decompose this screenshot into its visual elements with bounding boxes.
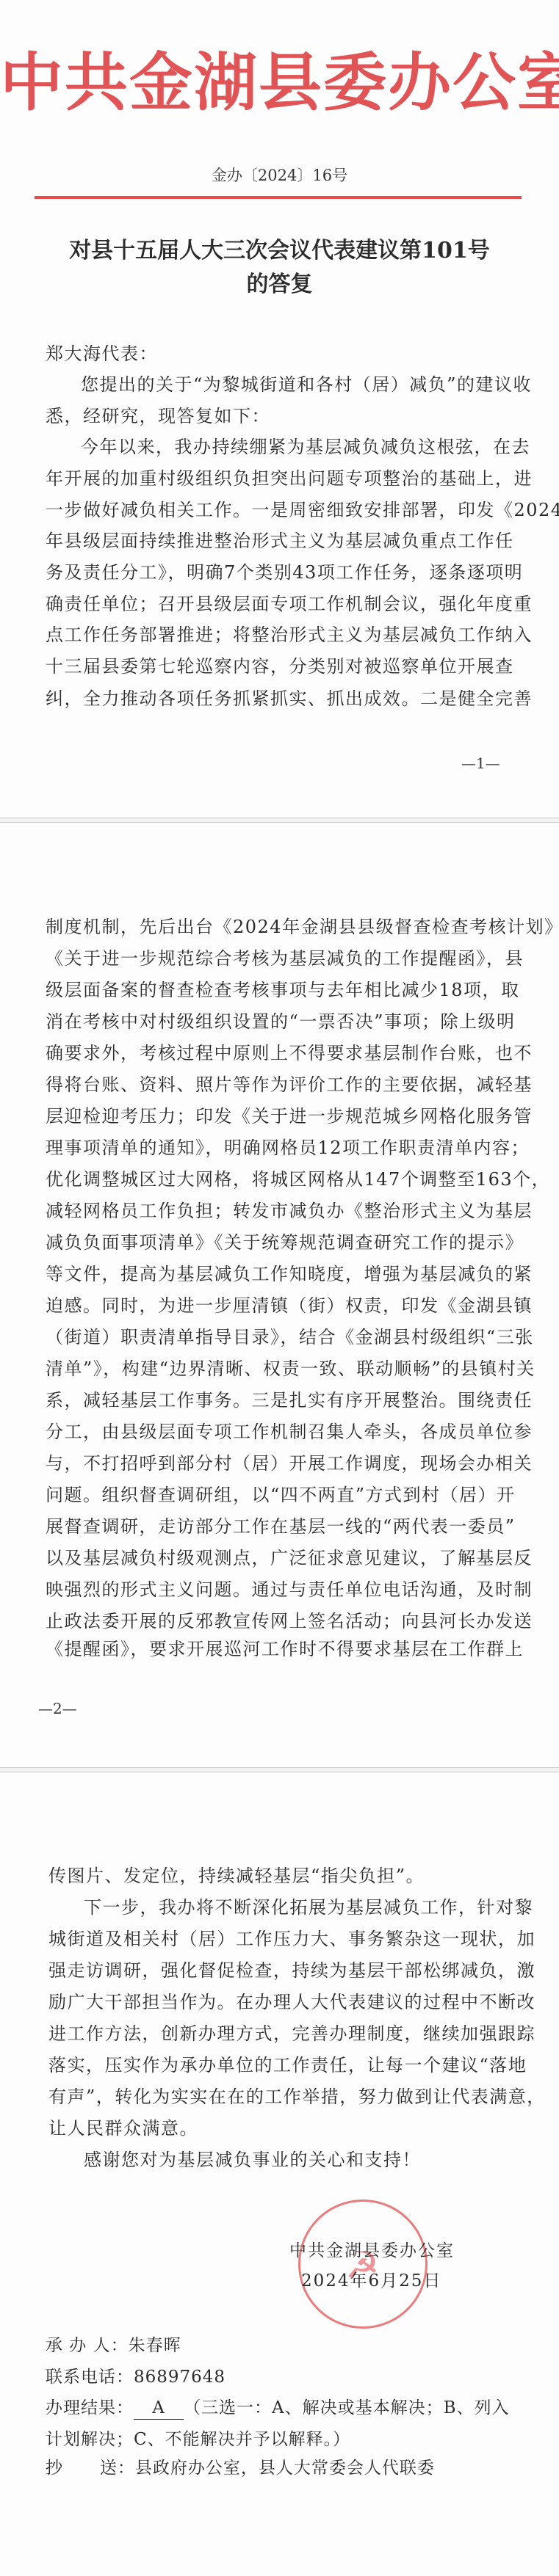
phone-label: 联系电话： xyxy=(46,2368,134,2387)
body-line: 确要求外，考核过程中原则上不得要求基层制作台账，也不 xyxy=(46,1042,513,1064)
body-line: 今年以来，我办持续绷紧为基层减负减负这根弦，在去 xyxy=(81,436,513,458)
closing-line: 感谢您对为基层减负事业的关心和支持！ xyxy=(84,2149,551,2171)
handler-label: 承 办 人： xyxy=(46,2336,129,2355)
result-options-line-1: （三选一：A、解决或基本解决；B、列入 xyxy=(184,2398,510,2417)
red-header-title: 中共金湖县委办公室 xyxy=(0,43,559,123)
body-line: 等文件，提高为基层减负工作知晓度，增强为基层减负的紧 xyxy=(46,1263,513,1285)
result-label: 办理结果： xyxy=(46,2398,134,2417)
document-title-line-1: 对县十五届人大三次会议代表建议第101号 xyxy=(0,236,559,266)
body-line: 级层面备案的督查检查考核事项与去年相比减少18项，取 xyxy=(46,979,513,1001)
page-3: 传图片、发定位，持续减轻基层“指尖负担”。 下一步，我办将不断深化拓展为基层减负… xyxy=(0,1772,559,2576)
result-row: 办理结果：A（三选一：A、解决或基本解决；B、列入 xyxy=(46,2397,510,2420)
body-line: 下一步，我办将不断深化拓展为基层减负工作，针对黎 xyxy=(84,1896,516,1918)
body-line: 《提醒函》，要求开展巡河工作时不得要求基层在工作群上 xyxy=(46,1638,513,1660)
page-2: 制度机制，先后出台《2024年金湖县县级督查检查考核计划》 《关于进一步规范综合… xyxy=(0,823,559,1767)
body-line: 一步做好减负相关工作。一是周密细致安排部署，印发《2024 xyxy=(46,499,513,521)
cc-value: 县政府办公室，县人大常委会人代联委 xyxy=(135,2459,435,2478)
body-line: 减负负面事项清单》《关于统筹规范调查研究工作的提示》 xyxy=(46,1231,513,1254)
body-line: 传图片、发定位，持续减轻基层“指尖负担”。 xyxy=(48,1865,516,1887)
body-line: 励广大干部担当作为。在办理人大代表建议的过程中不断改 xyxy=(48,1991,516,2013)
body-line: 得将台账、资料、照片等作为评价工作的主要依据，减轻基 xyxy=(46,1074,513,1096)
page-separator xyxy=(0,818,559,823)
signature-date: 2024年6月25日 xyxy=(301,2271,441,2291)
page-number-2: —2— xyxy=(38,1700,77,1717)
salutation: 郑大海代表： xyxy=(46,343,513,365)
body-line: 强走访调研，强化督促检查，持续为基层干部松绑减负，激 xyxy=(48,1960,516,1982)
body-line: 十三届县委第七轮巡察内容，分类别对被巡察单位开展查 xyxy=(46,655,513,677)
body-line: 问题。组织督查调研组，以“四不两直”方式到村（居）开 xyxy=(46,1484,513,1506)
cc-row: 抄 送：县政府办公室，县人大常委会人代联委 xyxy=(46,2457,435,2479)
cc-label: 抄 送： xyxy=(46,2459,135,2478)
body-line: 制度机制，先后出台《2024年金湖县县级督查检查考核计划》 xyxy=(46,916,513,938)
body-line: 优化调整城区过大网格，将城区网格从147个调整至163个， xyxy=(46,1168,513,1190)
phone-row: 联系电话：86897648 xyxy=(46,2366,226,2388)
result-value: A xyxy=(134,2397,184,2420)
document-title-line-2: 的答复 xyxy=(0,270,559,299)
handler-row: 承 办 人：朱春晖 xyxy=(46,2335,181,2357)
body-line: 迫感。同时，为进一步厘清镇（街）权责，印发《金湖县镇 xyxy=(46,1295,513,1317)
body-line: 映强烈的形式主义问题。通过与责任单位电话沟通，及时制 xyxy=(46,1579,513,1601)
signature-org: 中共金湖县委办公室 xyxy=(289,2241,455,2261)
body-line: 层迎检迎考压力；印发《关于进一步规范城乡网格化服务管 xyxy=(46,1105,513,1127)
body-line: 纠，全力推动各项任务抓紧抓实、抓出成效。二是健全完善 xyxy=(46,688,513,710)
body-line: 进工作方法，创新办理方式，完善办理制度，继续加强跟踪 xyxy=(48,2023,516,2045)
body-line: 年开展的加重村级组织负担突出问题专项整治的基础上，进 xyxy=(46,467,513,490)
phone-value: 86897648 xyxy=(134,2368,226,2387)
body-line: 减轻网格员工作负担；转发市减负办《整治形式主义为基层 xyxy=(46,1200,513,1222)
red-divider xyxy=(35,196,522,199)
handler-value: 朱春晖 xyxy=(129,2336,181,2355)
body-line: 清单”》，构建“边界清晰、权责一致、联动顺畅”的县镇村关 xyxy=(46,1358,513,1380)
body-line: 您提出的关于“为黎城街道和各村（居）减负”的建议收 xyxy=(81,374,513,396)
body-line: 落实，压实作为承办单位的工作责任，让每一个建议“落地 xyxy=(48,2054,516,2076)
body-line: 确责任单位；召开县级层面专项工作机制会议，强化年度重 xyxy=(46,593,513,615)
body-line: 以及基层减负村级观测点，广泛征求意见建议，了解基层反 xyxy=(46,1547,513,1569)
body-line: 止政法委开展的反邪教宣传网上签名活动；向县河长办发送 xyxy=(46,1610,513,1632)
page-1: 中共金湖县委办公室 金办〔2024〕16号 对县十五届人大三次会议代表建议第10… xyxy=(0,0,559,818)
body-line: 点工作任务部署推进；将整治形式主义为基层减负工作纳入 xyxy=(46,624,513,646)
page-number-1: —1— xyxy=(461,754,500,772)
body-line: 消在考核中对村级组织设置的“一票否决”事项；除上级明 xyxy=(46,1011,513,1033)
body-line: 悉，经研究，现答复如下： xyxy=(46,405,513,427)
body-line: 年县级层面持续推进整治形式主义为基层减负重点工作任 xyxy=(46,530,513,552)
body-line: 务及责任分工》，明确7个类别43项工作任务，逐条逐项明 xyxy=(46,561,513,583)
body-line: 理事项清单的通知》，明确网格员12项工作职责清单内容； xyxy=(46,1137,513,1159)
body-line: 展督查调研，走访部分工作在基层一线的“两代表一委员” xyxy=(46,1516,513,1538)
body-line: 让人民群众满意。 xyxy=(48,2117,516,2139)
body-line: 与，不打招呼到部分村（居）开展工作调度，现场会办相关 xyxy=(46,1452,513,1474)
body-line: 城街道及相关村（居）工作压力大、事务繁杂这一现状，加 xyxy=(48,1928,516,1950)
page-separator xyxy=(0,1767,559,1772)
body-line: 《关于进一步规范综合考核为基层减负的工作提醒函》，县 xyxy=(46,947,513,969)
body-line: 分工，由县级层面专项工作机制召集人牵头，各成员单位参 xyxy=(46,1421,513,1443)
document-number: 金办〔2024〕16号 xyxy=(0,166,559,185)
body-line: 有声”，转化为实实在在的工作举措，努力做到让代表满意， xyxy=(48,2086,516,2108)
result-options-line-2: 计划解决；C、不能解决并予以解释。） xyxy=(46,2428,350,2451)
body-line: （街道）职责清单指导目录》，结合《金湖县村级组织“三张 xyxy=(46,1326,513,1348)
body-line: 系，减轻基层工作事务。三是扎实有序开展整治。围绕责任 xyxy=(46,1389,513,1411)
